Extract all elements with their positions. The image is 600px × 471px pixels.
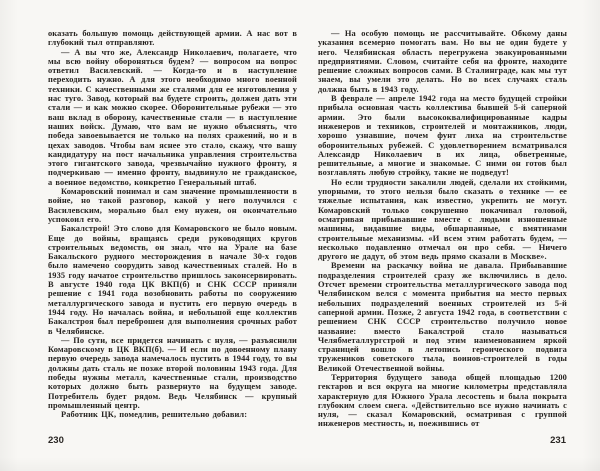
paragraph: оказать большую помощь действующей армии… <box>48 29 297 48</box>
paragraph: Бакалстрой! Это слово для Комаровского н… <box>48 224 297 336</box>
paragraph: В феврале — апреле 1942 года на место бу… <box>318 94 567 178</box>
paragraph: — А вы что же, Александр Николаевич, пол… <box>48 48 297 187</box>
page-number-right: 231 <box>317 436 566 446</box>
paragraph: Времени на раскачку война не давала. При… <box>318 261 567 373</box>
paragraph: — По сути, все придется начинать с нуля,… <box>48 336 297 410</box>
paragraph: Работник ЦК, помедлив, решительно добави… <box>48 410 297 419</box>
page-left-text: оказать большую помощь действующей армии… <box>48 29 297 419</box>
page-right-text: — На особую помощь не рассчитывайте. Обк… <box>318 29 567 429</box>
paragraph: Территория будущего завода общей площадь… <box>318 373 567 429</box>
paragraph: Комаровский понимал и сам значение промы… <box>48 187 297 224</box>
book-spread: оказать большую помощь действующей армии… <box>0 0 600 471</box>
page-number-left: 230 <box>48 436 297 446</box>
paragraph: Но если трудности закалили людей, сделал… <box>318 178 567 262</box>
paragraph: — На особую помощь не рассчитывайте. Обк… <box>318 29 567 94</box>
